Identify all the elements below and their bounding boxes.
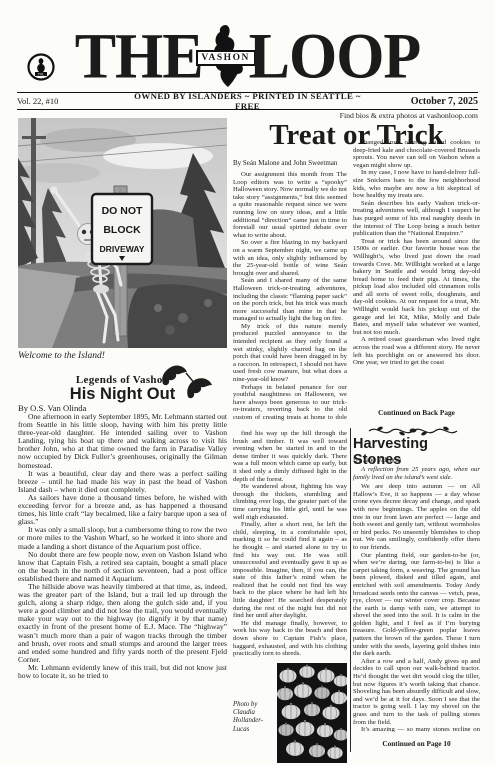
article-paragraph: After a row and a half, Andy gives up an… xyxy=(353,658,480,726)
article-paragraph: A retired coast guardsman who lived righ… xyxy=(353,336,480,366)
sign-line: BLOCK xyxy=(103,224,141,236)
newspaper-front-page: TVL THE VASHON LOOP Vol. 22, #10 OWNED B… xyxy=(0,0,495,765)
article-paragraph: We are deep into autumn — on All Hallow’… xyxy=(353,483,480,551)
article-paragraph: Seán describes his early Vashon trick-or… xyxy=(353,200,480,238)
article-paragraph: find his way up the hill through the bru… xyxy=(233,430,347,483)
article-paragraph: In my case, I now have to hand-deliver f… xyxy=(353,169,480,199)
his-night-out-byline: By O.S. Van Olinda xyxy=(18,403,227,413)
photo-credit-line: Claudia xyxy=(233,709,275,717)
article-paragraph: No doubt there are few people now, even … xyxy=(18,551,227,583)
continued-note-page-10: Continued on Page 10 xyxy=(353,739,480,748)
article-paragraph: It was only a small sloop, but a cumbers… xyxy=(18,526,227,550)
article-paragraph: As sailors have done a thousand times be… xyxy=(18,494,227,526)
masthead: THE VASHON LOOP xyxy=(0,24,495,90)
volume-number: Vol. 22, #10 xyxy=(17,96,127,106)
vashon-island-label: VASHON xyxy=(196,50,256,66)
treat-or-trick-column-1: Our assignment this month from The Loop … xyxy=(233,171,347,422)
masthead-title-the: THE xyxy=(75,24,203,89)
skeleton-photo: DO NOT BLOCK DRIVEWAY xyxy=(18,118,227,348)
sign-line: DRIVEWAY xyxy=(99,244,144,254)
article-paragraph: changed from offering baked cookies to d… xyxy=(353,139,480,169)
article-paragraph: Mr. Lehmann evidently knew of this trail… xyxy=(18,664,227,680)
article-intro: A reflection from 25 years ago, when our… xyxy=(353,466,480,481)
photo-credit: Photo by Claudia Hollander-Lucas xyxy=(233,701,275,734)
article-paragraph: Our planting field, our garden-to-be (or… xyxy=(353,552,480,658)
sign-line: DO NOT xyxy=(102,205,143,217)
article-paragraph: My trick of this nature merely produced … xyxy=(233,323,347,384)
article-paragraph: Finally, after a short rest, he left the… xyxy=(233,521,347,620)
article-paragraph: So over a fire blazing in my backyard on… xyxy=(233,239,347,277)
article-paragraph: He wandered about, fighting his way thro… xyxy=(233,483,347,521)
article-title-his-night-out: His Night Out xyxy=(18,385,227,404)
pumpkins-photo xyxy=(277,663,347,763)
his-night-out-continuation: find his way up the hill through the bru… xyxy=(233,430,347,658)
article-paragraph: Treat or trick has been around since the… xyxy=(353,238,480,337)
article-paragraph: He did manage finally, however, to work … xyxy=(233,620,347,658)
article-paragraph: Perhaps in belated penance for our youth… xyxy=(233,384,347,422)
article-paragraph: It’s amazing — so many stones recline on… xyxy=(353,726,480,732)
photo-caption: Welcome to the Island! xyxy=(18,351,227,361)
masthead-title-loop: LOOP xyxy=(249,24,421,89)
article-paragraph: The hillside above was heavily timbered … xyxy=(18,583,227,664)
harvesting-stones-body: A reflection from 25 years ago, when our… xyxy=(353,466,480,732)
article-paragraph: Seán and I shared many of the same Hallo… xyxy=(233,277,347,323)
continued-note-back-page: Continued on Back Page xyxy=(353,408,480,417)
ownership-tagline: OWNED BY ISLANDERS ~ PRINTED IN SEATTLE … xyxy=(127,91,368,111)
article-paragraph: Our assignment this month from The Loop … xyxy=(233,171,347,239)
photo-credit-line: Hollander-Lucas xyxy=(233,717,275,733)
his-night-out-body: One afternoon in early September 1895, M… xyxy=(18,413,227,754)
masthead-infobar: Vol. 22, #10 OWNED BY ISLANDERS ~ PRINTE… xyxy=(17,92,478,110)
driveway-sign: DO NOT BLOCK DRIVEWAY xyxy=(92,194,152,264)
vashon-island-icon: VASHON xyxy=(205,24,247,88)
issue-date: October 7, 2025 xyxy=(368,96,478,107)
harvesting-stones-byline: By Jane Valencia xyxy=(353,456,480,464)
treat-or-trick-column-2: changed from offering baked cookies to d… xyxy=(353,139,480,405)
photo-credit-line: Photo by xyxy=(233,701,275,709)
column-rule xyxy=(350,428,351,752)
article-paragraph: One afternoon in early September 1895, M… xyxy=(18,413,227,470)
article-paragraph: It was a beautiful, clear day and there … xyxy=(18,470,227,494)
